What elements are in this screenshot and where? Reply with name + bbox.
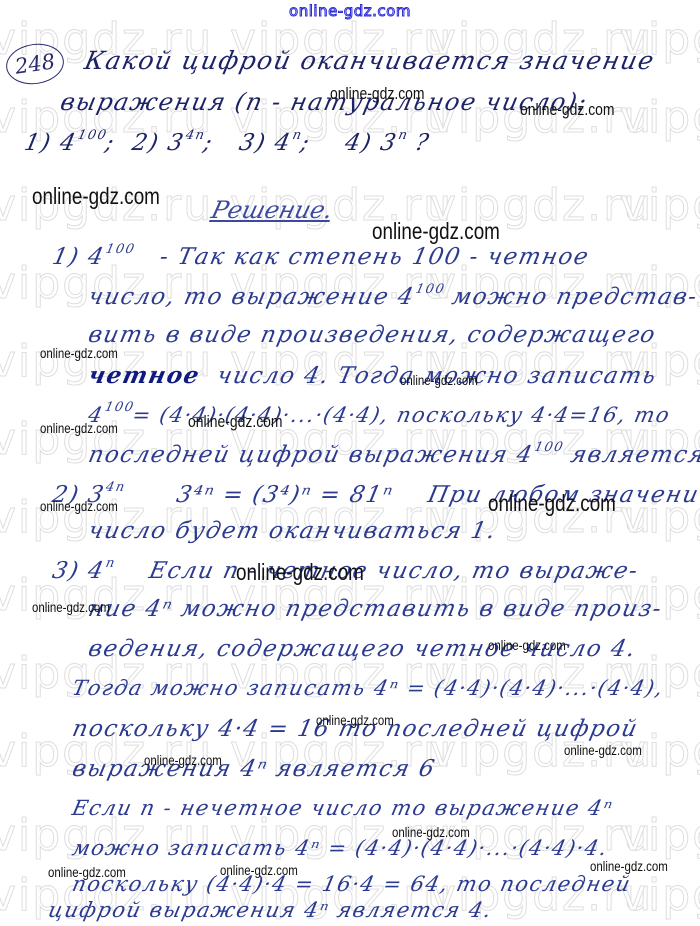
overlay-watermark: online-gdz.com xyxy=(40,420,118,436)
part1-line-5: 4100= (4·4)·(4·4)·...·(4·4), поскольку 4… xyxy=(86,400,673,427)
overlay-watermark: online-gdz.com xyxy=(590,858,668,874)
overlay-watermark: online-gdz.com xyxy=(48,864,126,880)
part3-line-2: ние 4ⁿ можно представить в виде произ- xyxy=(86,596,665,622)
problem-number-badge: 248 xyxy=(3,40,66,88)
overlay-watermark: online-gdz.com xyxy=(40,498,118,514)
overlay-watermark: online-gdz.com xyxy=(372,218,500,245)
bg-watermark: vipgdz.ru xyxy=(620,92,700,143)
overlay-watermark: online-gdz.com xyxy=(520,100,615,120)
overlay-watermark: online-gdz.com xyxy=(488,490,616,517)
part3-line-8: можно записать 4ⁿ = (4·4)·(4·4)·...·(4·4… xyxy=(70,836,610,860)
part3-line-9: поскольку (4·4)·4 = 16·4 = 64, то послед… xyxy=(70,872,634,896)
question-line-2: выражения (n - натуральное число): xyxy=(58,88,591,116)
part1-line-2: число, то выражение 4100 можно представ- xyxy=(86,282,700,310)
part1-line-6: последней цифрой выражения 4100 является… xyxy=(86,440,700,468)
bg-watermark: vipgdz.ru xyxy=(620,180,700,231)
site-link[interactable]: online-gdz.com xyxy=(0,2,700,20)
overlay-watermark: online-gdz.com xyxy=(144,752,222,768)
overlay-watermark: online-gdz.com xyxy=(564,742,642,758)
solution-heading: Решение. xyxy=(209,196,336,224)
problem-number: 248 xyxy=(5,41,66,86)
overlay-watermark: online-gdz.com xyxy=(488,637,566,653)
question-options: 1) 4100; 2) 34n; 3) 4n; 4) 3n ? xyxy=(22,128,433,156)
part1-line-3: вить в виде произведения, содержащего xyxy=(86,322,659,348)
overlay-watermark: online-gdz.com xyxy=(236,559,364,586)
part2-line-2: число будет оканчиваться 1. xyxy=(86,518,499,544)
part3-line-7: Если n - нечетное число то выражение 4ⁿ xyxy=(70,796,616,820)
overlay-watermark: online-gdz.com xyxy=(220,862,298,878)
overlay-watermark: online-gdz.com xyxy=(188,412,283,432)
overlay-watermark: online-gdz.com xyxy=(40,345,118,361)
part1-line-4: четное число 4. Тогда можно записать xyxy=(86,362,660,389)
overlay-watermark: online-gdz.com xyxy=(392,824,470,840)
overlay-watermark: online-gdz.com xyxy=(330,84,425,104)
part3-line-10: цифрой выражения 4ⁿ является 4. xyxy=(46,898,495,922)
part3-line-6: выражения 4ⁿ является 6 xyxy=(70,756,438,782)
bg-watermark: vipgdz.ru xyxy=(620,810,700,861)
overlay-watermark: online-gdz.com xyxy=(32,599,110,615)
part3-line-4: Тогда можно записать 4ⁿ = (4·4)·(4·4)·..… xyxy=(70,676,666,700)
overlay-watermark: online-gdz.com xyxy=(316,712,394,728)
homework-page: vipgdz.ru vipgdz.ru vipgdz.ru vipgdz.ru … xyxy=(0,0,700,926)
overlay-watermark: online-gdz.com xyxy=(400,372,478,388)
part1-line-1: 1) 4100 - Так как степень 100 - четное xyxy=(50,242,592,270)
overlay-watermark: online-gdz.com xyxy=(32,183,160,210)
question-line-1: Какой цифрой оканчивается значение xyxy=(82,46,658,75)
